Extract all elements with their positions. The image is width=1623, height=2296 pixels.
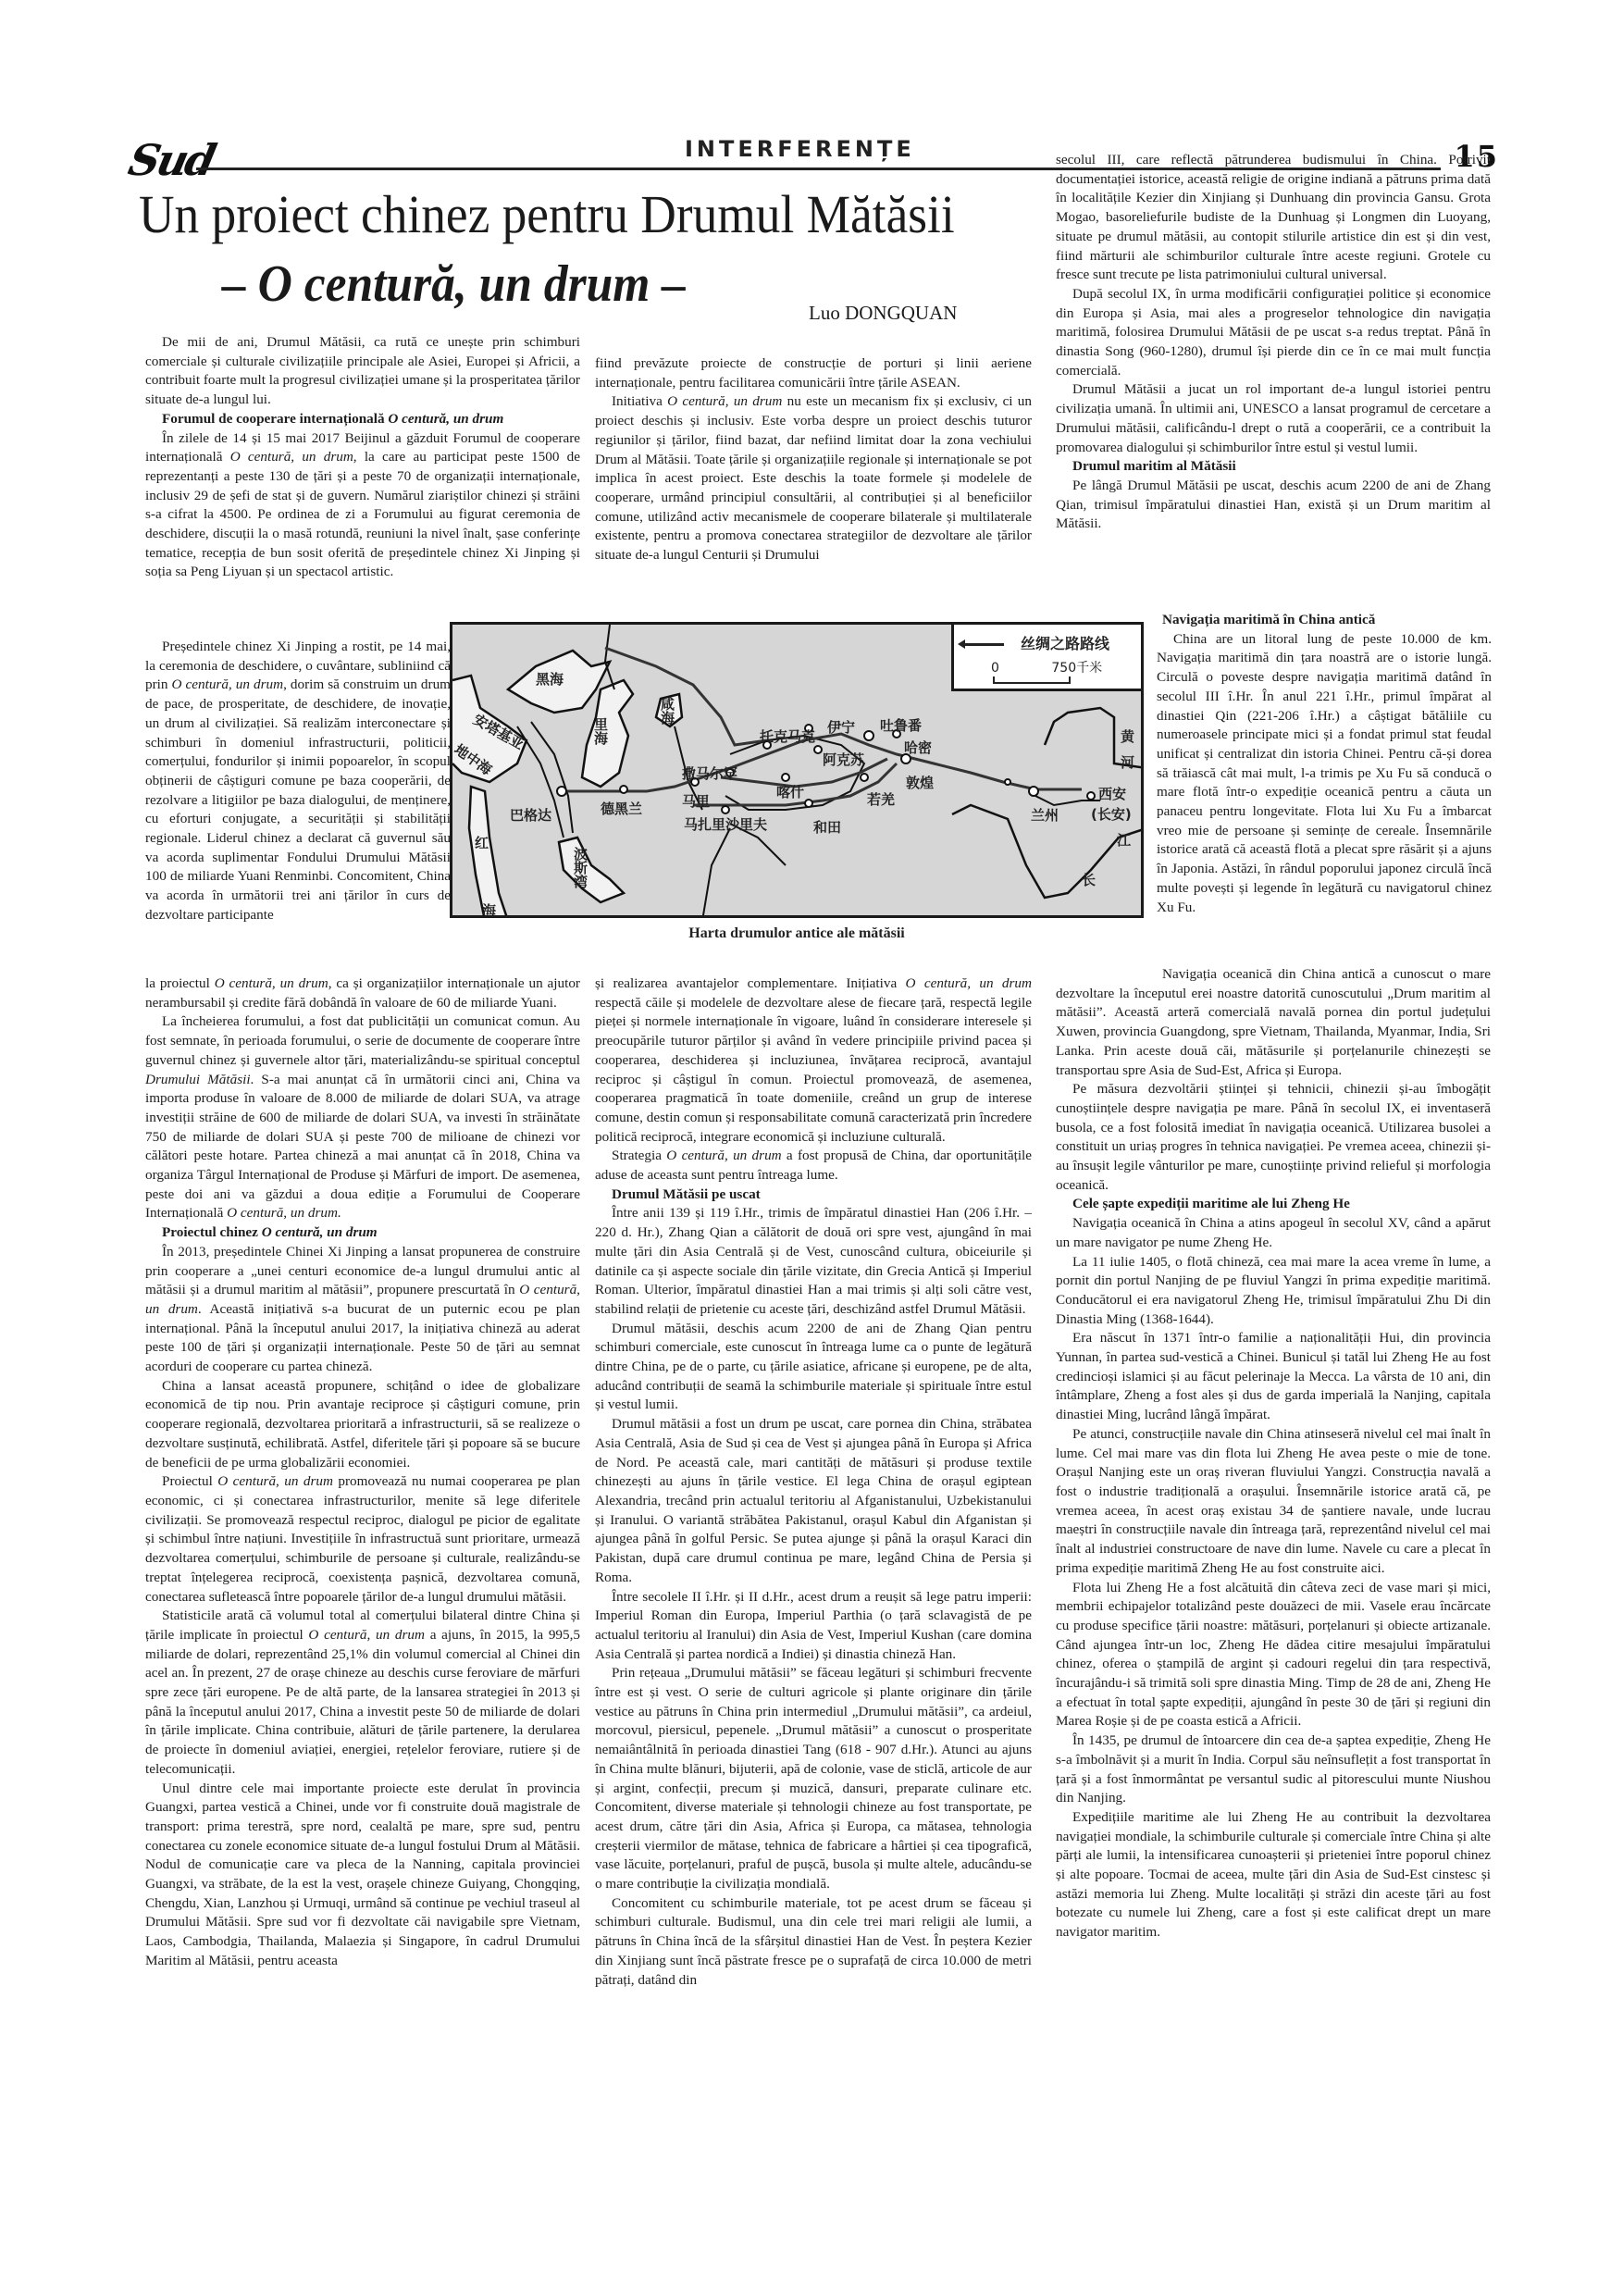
map-label-black-sea: 黑海 bbox=[536, 669, 564, 689]
paragraph: Navigația oceanică din China antică a cu… bbox=[1056, 965, 1491, 1080]
column-1-narrow: Președintele chinez Xi Jinping a rostit,… bbox=[145, 638, 451, 925]
map-label-samarkand: 撒马尔罕 bbox=[682, 763, 737, 783]
map-label-red-sea-1: 红 bbox=[475, 833, 489, 852]
paragraph: Prin rețeaua „Drumului mătăsii” se făcea… bbox=[595, 1664, 1032, 1893]
section-heading: Cele șapte expediții maritime ale lui Zh… bbox=[1056, 1195, 1491, 1214]
paragraph: Între anii 139 și 119 î.Hr., trimis de î… bbox=[595, 1204, 1032, 1319]
paragraph: În zilele de 14 și 15 mai 2017 Beijinul … bbox=[145, 429, 580, 583]
section-heading: Navigația maritimă în China antică bbox=[1157, 611, 1492, 630]
paragraph: În 1435, pe drumul de întoarcere din cea… bbox=[1056, 1731, 1491, 1808]
paragraph: Era născut în 1371 într-o familie a nați… bbox=[1056, 1329, 1491, 1425]
paragraph: Drumul Mătăsii a jucat un rol important … bbox=[1056, 380, 1491, 457]
map-label-persian-gulf: 波斯湾 bbox=[571, 847, 590, 888]
map-label-baghdad: 巴格达 bbox=[510, 805, 551, 825]
map-label-yangtze-2: 长 bbox=[1082, 870, 1096, 889]
map-label-caspian-sea: 里海 bbox=[591, 717, 611, 745]
paragraph: După secolul IX, în urma modificării con… bbox=[1056, 285, 1491, 381]
map-label-turpan: 吐鲁番 bbox=[880, 715, 922, 735]
section-name: INTERFERENȚE bbox=[685, 137, 915, 161]
map-label-yellow-river-1: 黄 bbox=[1121, 726, 1134, 746]
paragraph: China are un litoral lung de peste 10.00… bbox=[1157, 630, 1492, 918]
paragraph: și realizarea avantajelor complementare.… bbox=[595, 974, 1032, 1147]
map-label-yining: 伊宁 bbox=[827, 717, 855, 737]
paragraph: Drumul mătăsii, deschis acum 2200 de ani… bbox=[595, 1320, 1032, 1416]
paragraph: Pe lângă Drumul Mătăsii pe uscat, deschi… bbox=[1056, 477, 1491, 534]
scale-zero: 0 bbox=[991, 661, 999, 676]
scale-value: 750千米 bbox=[1051, 661, 1102, 676]
column-3-top: secolul III, care reflectă pătrunderea b… bbox=[1056, 151, 1491, 534]
article-author: Luo DONGQUAN bbox=[809, 302, 957, 325]
column-3-bottom: Navigația oceanică din China antică a cu… bbox=[1056, 965, 1491, 1942]
scale-bar bbox=[993, 676, 1071, 684]
map-label-yangtze-1: 江 bbox=[1117, 830, 1131, 850]
map-label-xian: 西安 bbox=[1098, 784, 1126, 803]
map-label-lanzhou: 兰州 bbox=[1031, 805, 1059, 825]
paragraph: Unul dintre cele mai importante proiecte… bbox=[145, 1780, 580, 1971]
paragraph: Președintele chinez Xi Jinping a rostit,… bbox=[145, 638, 451, 925]
map-label-merv: 马里 bbox=[682, 791, 710, 811]
paragraph: Pe atunci, construcțiile navale din Chin… bbox=[1056, 1425, 1491, 1579]
article-title: Un proiect chinez pentru Drumul Mătăsii bbox=[139, 185, 879, 244]
map-label-ruoqiang: 若羌 bbox=[867, 789, 895, 809]
paragraph: Pe măsura dezvoltării științei și tehnic… bbox=[1056, 1080, 1491, 1195]
paragraph: Concomitent cu schimburile materiale, to… bbox=[595, 1894, 1032, 1991]
map-label-dunhuang: 敦煌 bbox=[906, 773, 934, 792]
map-label-aral-sea: 咸海 bbox=[658, 697, 677, 725]
paragraph: La încheierea forumului, a fost dat publ… bbox=[145, 1012, 580, 1223]
newspaper-page: Sud INTERFERENȚE 15 Un proiect chinez pe… bbox=[0, 0, 1623, 2296]
column-3-narrow: Navigația maritimă în China anticăChina … bbox=[1157, 611, 1492, 917]
map-caption: Harta drumulor antice ale mătăsii bbox=[450, 925, 1144, 942]
paragraph: Flota lui Zheng He a fost alcătuită din … bbox=[1056, 1579, 1491, 1732]
paragraph: Strategia O centură, un drum a fost prop… bbox=[595, 1147, 1032, 1185]
legend-route-label: 丝绸之路路线 bbox=[1021, 635, 1109, 652]
section-heading: Forumul de cooperare internațională O ce… bbox=[145, 410, 580, 429]
column-1-top: De mii de ani, Drumul Mătăsii, ca rută c… bbox=[145, 333, 580, 582]
paragraph: Statisticile arată că volumul total al c… bbox=[145, 1607, 580, 1779]
map-label-yellow-river-2: 河 bbox=[1121, 752, 1134, 772]
map-label-tehran: 德黑兰 bbox=[601, 799, 642, 818]
map-label-hami: 哈密 bbox=[904, 738, 932, 757]
map-label-hotan: 和田 bbox=[813, 817, 841, 837]
map-label-kashgar: 喀什 bbox=[776, 782, 804, 801]
paragraph: fiind prevăzute proiecte de construcție … bbox=[595, 354, 1032, 392]
map-legend: 丝绸之路路线 0 750千米 bbox=[951, 625, 1141, 691]
paragraph: În 2013, președintele Chinei Xi Jinping … bbox=[145, 1243, 580, 1377]
paragraph: Expedițiile maritime ale lui Zheng He au… bbox=[1056, 1808, 1491, 1942]
section-heading: Drumul maritim al Mătăsii bbox=[1056, 457, 1491, 477]
column-2-bottom: și realizarea avantajelor complementare.… bbox=[595, 974, 1032, 1990]
map-label-changan: (长安) bbox=[1091, 804, 1132, 824]
paragraph: Între secolele II î.Hr. și II d.Hr., ace… bbox=[595, 1588, 1032, 1665]
paragraph: secolul III, care reflectă pătrunderea b… bbox=[1056, 151, 1491, 285]
paragraph: la proiectul O centură, un drum, ca și o… bbox=[145, 974, 580, 1012]
newspaper-logo: Sud bbox=[125, 139, 217, 181]
paragraph: Navigația oceanică în China a atins apog… bbox=[1056, 1214, 1491, 1252]
map-label-red-sea-2: 海 bbox=[482, 900, 496, 918]
column-2-top: fiind prevăzute proiecte de construcție … bbox=[595, 354, 1032, 565]
paragraph: Initiativa O centură, un drum nu este un… bbox=[595, 392, 1032, 565]
map-label-aksu: 阿克苏 bbox=[823, 750, 864, 769]
silk-road-map: 丝绸之路路线 0 750千米 黑海 里海 咸海 安塔基亚 地中海 红 海 波斯湾… bbox=[450, 622, 1144, 918]
paragraph: Proiectul O centură, un drum promovează … bbox=[145, 1472, 580, 1607]
column-1-bottom: la proiectul O centură, un drum, ca și o… bbox=[145, 974, 580, 1971]
paragraph: La 11 iulie 1405, o flotă chineză, cea m… bbox=[1056, 1253, 1491, 1330]
map-label-mazar: 马扎里沙里夫 bbox=[684, 814, 767, 834]
paragraph: China a lansat această propunere, schițâ… bbox=[145, 1377, 580, 1473]
paragraph: Drumul mătăsii a fost un drum pe uscat, … bbox=[595, 1415, 1032, 1587]
paragraph: De mii de ani, Drumul Mătăsii, ca rută c… bbox=[145, 333, 580, 410]
map-label-tokmak: 托克马克 bbox=[760, 726, 815, 746]
route-arrow-icon bbox=[963, 643, 1004, 646]
article-subtitle: – O centură, un drum – bbox=[222, 254, 818, 314]
section-heading: Drumul Mătăsii pe uscat bbox=[595, 1185, 1032, 1205]
section-heading: Proiectul chinez O centură, un drum bbox=[145, 1223, 580, 1243]
